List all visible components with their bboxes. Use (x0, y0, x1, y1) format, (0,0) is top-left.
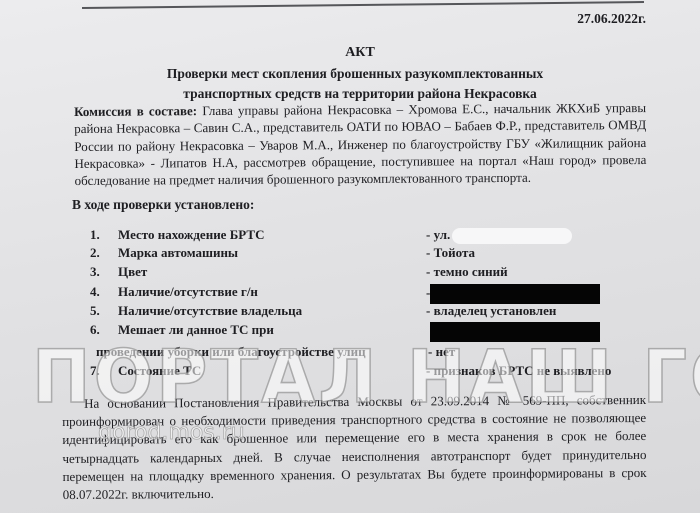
commission-label: Комиссия в составе: (74, 103, 197, 119)
finding-item-obstruction: 6. Мешает ли данное ТС при (90, 322, 650, 340)
item-number: 5. (90, 303, 112, 319)
redaction-black (430, 322, 600, 342)
item-label: Состояние ТС (118, 363, 201, 379)
finding-item-owner: 5. Наличие/отсутствие владельца - владел… (90, 303, 650, 321)
item-label: Марка автомашины (118, 245, 238, 261)
finding-item-plates: 4. Наличие/отсутствие г/н - (90, 284, 650, 302)
finding-item-condition: 7. Состояние ТС - признаков БРТС не выяв… (90, 363, 650, 381)
item-label: Место нахождение БРТС (118, 227, 264, 243)
item6-value: - нет (428, 344, 455, 360)
item-value (426, 322, 600, 342)
header-rule (82, 1, 644, 9)
redaction-black (430, 284, 600, 304)
document-subtitle-line1: Проверки мест скопления брошенных разуко… (0, 66, 700, 82)
item-number: 1. (90, 227, 112, 243)
item-label: Цвет (118, 264, 147, 280)
item-value: - владелец установлен (426, 303, 556, 319)
item-label: Наличие/отсутствие владельца (118, 303, 302, 319)
item-value: - (426, 284, 600, 304)
item-number: 2. (90, 245, 112, 261)
item-number: 3. (90, 264, 112, 280)
finding-item-color: 3. Цвет - темно синий (90, 264, 650, 282)
item6-continuation: проведении уборки или благоустройстве ул… (96, 344, 366, 360)
item-value: - признаков БРТС не выявлено (426, 363, 611, 379)
finding-item-location: 1. Место нахождение БРТС - ул. (90, 227, 650, 245)
document-page: 27.06.2022г. АКТ Проверки мест скопления… (0, 0, 700, 513)
item-value: - ул. (426, 227, 572, 244)
document-title: АКТ (0, 45, 700, 61)
item-value: - Тойота (426, 245, 475, 261)
item-label: Мешает ли данное ТС при (118, 322, 274, 338)
item-number: 4. (90, 284, 112, 300)
finding-item-brand: 2. Марка автомашины - Тойота (90, 245, 650, 263)
conclusion-paragraph: На основании Постановления Правительства… (62, 391, 647, 504)
redaction-white (452, 228, 572, 244)
item-label: Наличие/отсутствие г/н (118, 284, 258, 300)
item-number: 6. (90, 322, 112, 338)
item-number: 7. (90, 363, 112, 379)
item-value: - темно синий (426, 264, 508, 280)
findings-heading: В ходе проверки установлено: (72, 197, 254, 213)
commission-paragraph: Комиссия в составе: Глава управы района … (74, 99, 647, 189)
document-date: 27.06.2022г. (577, 11, 646, 27)
